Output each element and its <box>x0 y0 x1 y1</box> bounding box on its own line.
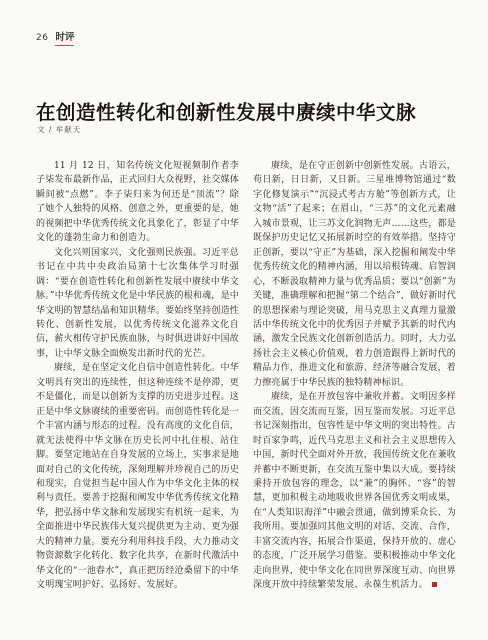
page-header: 26 时评 <box>36 29 74 46</box>
article-title: 在创造性转化和创新性发展中赓续中华文脉 <box>36 101 460 124</box>
article-body: 11 月 12 日，知名传统文化短视频制作者李子柒发布最新作品，正式回归大众视野… <box>36 159 456 595</box>
paragraph-2-text: 文化兴则国家兴，文化强则民族强。习近平总书记在中共中央政治局第十七次集体学习时强… <box>36 248 239 359</box>
paragraph-3: 赓续，是在坚定文化自信中创造性转化。中华文明具有突出的连续性，但这种连续不是停滞… <box>36 361 239 592</box>
article-end-mark-icon <box>431 581 438 588</box>
page-number: 26 <box>36 33 48 43</box>
magazine-page: 26 时评 在创造性转化和创新性发展中赓续中华文脉 文 / 牟献天 11 月 1… <box>0 0 488 640</box>
paragraph-2: 文化兴则国家兴，文化强则民族强。习近平总书记在中共中央政治局第十七次集体学习时强… <box>36 246 239 362</box>
paragraph-4-text: 赓续，是在守正创新中创新性发展。古语云，苟日新，日日新，又日新。三星堆博物馆通过… <box>253 161 456 388</box>
section-label: 时评 <box>55 29 74 46</box>
paragraph-5-text: 赓续，是在开放包容中兼收并蓄。文明因多样而交流，因交流而互鉴，因互鉴而发展。习近… <box>253 392 456 590</box>
paragraph-5: 赓续，是在开放包容中兼收并蓄。文明因多样而交流，因交流而互鉴，因互鉴而发展。习近… <box>253 390 456 592</box>
article-byline: 文 / 牟献天 <box>37 124 81 135</box>
paragraph-3-text: 赓续，是在坚定文化自信中创造性转化。中华文明具有突出的连续性，但这种连续不是停滞… <box>36 363 239 590</box>
paragraph-4: 赓续，是在守正创新中创新性发展。古语云，苟日新，日日新，又日新。三星堆博物馆通过… <box>253 159 456 390</box>
paragraph-1: 11 月 12 日，知名传统文化短视频制作者李子柒发布最新作品，正式回归大众视野… <box>36 159 239 246</box>
paragraph-1-text: 11 月 12 日，知名传统文化短视频制作者李子柒发布最新作品，正式回归大众视野… <box>36 161 239 243</box>
